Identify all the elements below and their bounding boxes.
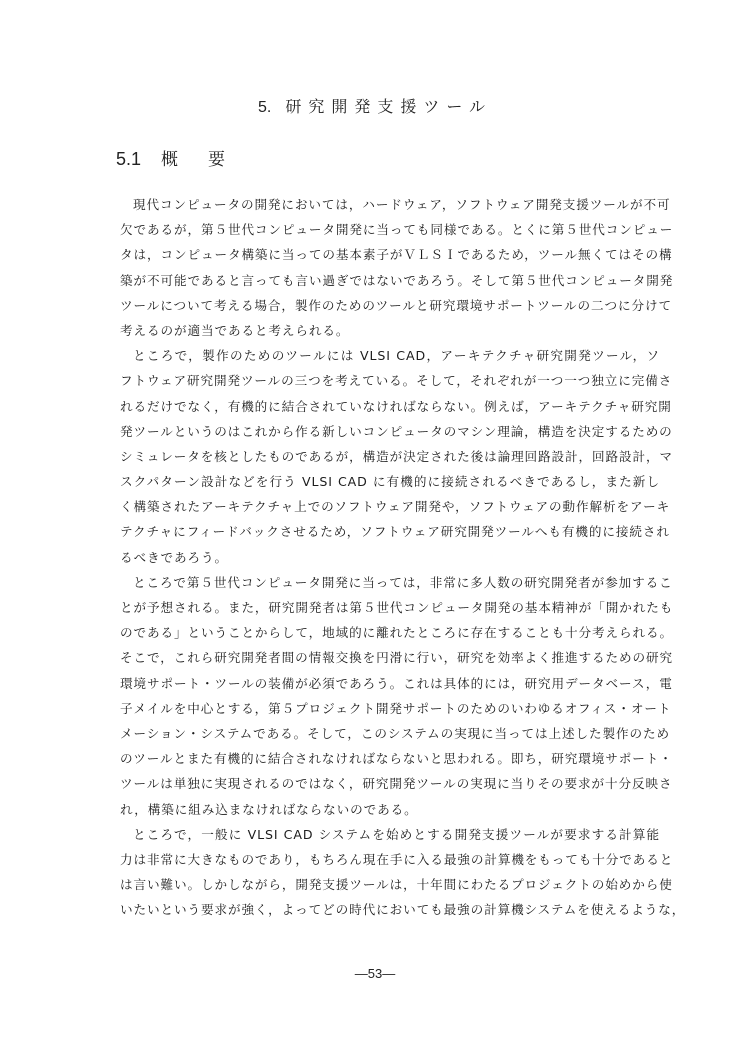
paragraph-line: れるだけでなく，有機的に結合されていなければならない。例えば，アーキテクチャ研究…	[120, 394, 660, 419]
paragraph-line: 力は非常に大きなものであり，もちろん現在手に入る最強の計算機をもっても十分である…	[120, 847, 660, 872]
section-number: 5.1	[116, 149, 141, 169]
paragraph-line: のツールとまた有機的に結合されなければならないと思われる。即ち，研究環境サポート…	[120, 746, 660, 771]
paragraph-line: ツールは単独に実現されるのではなく，研究開発ツールの実現に当りその要求が十分反映…	[120, 771, 660, 796]
paragraph-line: テクチャにフィードバックさせるため，ソフトウェア研究開発ツールへも有機的に接続さ…	[120, 519, 660, 544]
paragraph-line: メーション・システムである。そして，このシステムの実現に当っては上述した製作のた…	[120, 721, 660, 746]
paragraph-line: るべきであろう。	[120, 545, 660, 570]
paragraph-line: は言い難い。しかしながら，開発支援ツールは，十年間にわたるプロジェクトの始めから…	[120, 872, 660, 897]
paragraph-line: そこで，これら研究開発者間の情報交換を円滑に行い，研究を効率よく推進するための研…	[120, 645, 660, 670]
chapter-title: 5.研究開発支援ツール	[0, 94, 750, 117]
paragraph-line: 築が不可能であると言っても言い過ぎではないであろう。そして第５世代コンピュータ開…	[120, 268, 660, 293]
paragraph-line: タは，コンピュータ構築に当っての基本素子がＶＬＳＩであるため，ツール無くてはその…	[120, 242, 660, 267]
paragraph-line: ところで，製作のためのツールには VLSI CAD，アーキテクチャ研究開発ツール…	[120, 343, 660, 368]
chapter-number: 5.	[258, 99, 271, 116]
chapter-title-text: 研究開発支援ツール	[285, 97, 492, 116]
body-text: 現代コンピュータの開発においては，ハードウェア，ソフトウェア開発支援ツールが不可…	[120, 192, 660, 922]
paragraph-line: フトウェア研究開発ツールの三つを考えている。そして，それぞれが一つ一つ独立に完備…	[120, 368, 660, 393]
paragraph-line: 環境サポート・ツールの装備が必須であろう。これは具体的には，研究用データベース，…	[120, 671, 660, 696]
paragraph-line: シミュレータを核としたものであるが，構造が決定された後は論理回路設計，回路設計，…	[120, 444, 660, 469]
section-title-part1: 概	[161, 150, 178, 170]
paragraph-line: 発ツールというのはこれから作る新しいコンピュータのマシン理論，構造を決定するため…	[120, 419, 660, 444]
paragraph-line: 現代コンピュータの開発においては，ハードウェア，ソフトウェア開発支援ツールが不可	[120, 192, 660, 217]
paragraph-line: のである」ということからして，地域的に離れたところに存在することも十分考えられる…	[120, 620, 660, 645]
paragraph-line: ツールについて考える場合，製作のためのツールと研究環境サポートツールの二つに分け…	[120, 293, 660, 318]
page-number: —53—	[0, 966, 750, 981]
paragraph-line: ところで第５世代コンピュータ開発に当っては，非常に多人数の研究開発者が参加するこ	[120, 570, 660, 595]
paragraph-line: れ，構築に組み込まなければならないのである。	[120, 797, 660, 822]
paragraph-line: く構築されたアーキテクチャ上でのソフトウェア開発や，ソフトウェアの動作解析をアー…	[120, 494, 660, 519]
section-title-part2: 要	[208, 150, 225, 170]
paragraph-line: とが予想される。また，研究開発者は第５世代コンピュータ開発の基本精神が「開かれた…	[120, 595, 660, 620]
section-title: 5.1概要	[116, 145, 225, 170]
paragraph-line: スクパターン設計などを行う VLSI CAD に有機的に接続されるべきであるし，…	[120, 469, 660, 494]
paragraph-line: 欠であるが，第５世代コンピュータ開発に当っても同様である。とくに第５世代コンピュ…	[120, 217, 660, 242]
document-page: 5.研究開発支援ツール 5.1概要 現代コンピュータの開発においては，ハードウェ…	[0, 0, 750, 1054]
paragraph-line: 考えるのが適当であると考えられる。	[120, 318, 660, 343]
paragraph-line: いたいという要求が強く，よってどの時代においても最強の計算機システムを使えるよう…	[120, 897, 660, 922]
paragraph-line: ところで，一般に VLSI CAD システムを始めとする開発支援ツールが要求する…	[120, 822, 660, 847]
paragraph-line: 子メイルを中心とする，第５プロジェクト開発サポートのためのいわゆるオフィス・オー…	[120, 696, 660, 721]
